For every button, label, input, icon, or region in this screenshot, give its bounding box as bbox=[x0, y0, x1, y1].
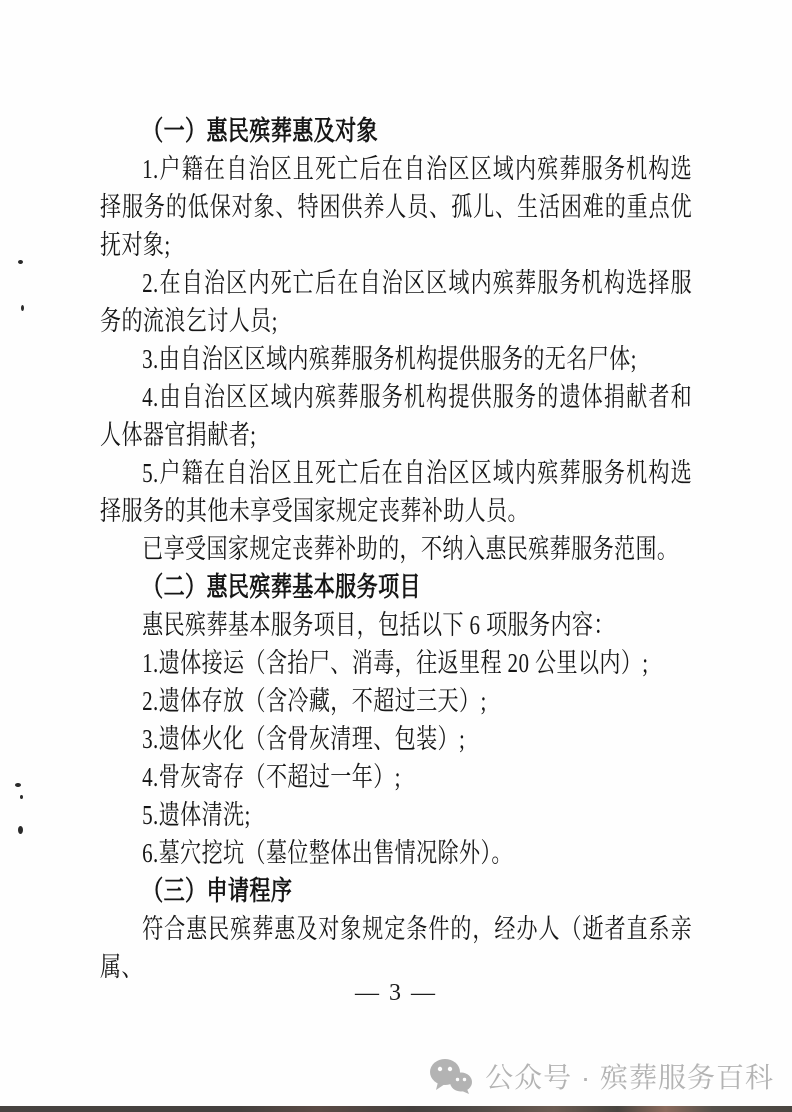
section-heading: （一）惠民殡葬惠及对象 bbox=[100, 112, 692, 150]
scan-speck bbox=[15, 783, 21, 787]
document-body: （一）惠民殡葬惠及对象 1.户籍在自治区且死亡后在自治区区域内殡葬服务机构选择服… bbox=[100, 112, 692, 986]
scan-speck bbox=[20, 795, 23, 799]
paragraph: 5.遗体清洗; bbox=[100, 796, 692, 834]
paragraph: 2.在自治区内死亡后在自治区区域内殡葬服务机构选择服务的流浪乞讨人员; bbox=[100, 264, 692, 340]
paragraph: 4.骨灰寄存（不超过一年）; bbox=[100, 758, 692, 796]
paragraph: 6.墓穴挖坑（墓位整体出售情况除外）。 bbox=[100, 834, 692, 872]
section-heading: （二）惠民殡葬基本服务项目 bbox=[100, 568, 692, 606]
scan-speck bbox=[21, 305, 24, 311]
wechat-icon bbox=[429, 1058, 473, 1094]
scan-speck bbox=[18, 260, 23, 264]
paragraph: 1.遗体接运（含抬尸、消毒，往返里程 20 公里以内）; bbox=[100, 644, 692, 682]
paragraph: 符合惠民殡葬惠及对象规定条件的，经办人（逝者直系亲属、 bbox=[100, 910, 692, 986]
wechat-watermark: 公众号 · 殡葬服务百科 bbox=[429, 1056, 774, 1096]
paragraph: 已享受国家规定丧葬补助的，不纳入惠民殡葬服务范围。 bbox=[100, 530, 692, 568]
document-page: （一）惠民殡葬惠及对象 1.户籍在自治区且死亡后在自治区区域内殡葬服务机构选择服… bbox=[0, 0, 792, 1112]
paragraph: 惠民殡葬基本服务项目，包括以下 6 项服务内容： bbox=[100, 606, 692, 644]
paragraph: 4.由自治区区域内殡葬服务机构提供服务的遗体捐献者和人体器官捐献者; bbox=[100, 378, 692, 454]
watermark-label: 公众号 · 殡葬服务百科 bbox=[485, 1056, 774, 1096]
paragraph: 2.遗体存放（含冷藏，不超过三天）; bbox=[100, 682, 692, 720]
page-number: — 3 — bbox=[100, 980, 692, 1007]
paragraph: 3.遗体火化（含骨灰清理、包装）; bbox=[100, 720, 692, 758]
paragraph: 3.由自治区区域内殡葬服务机构提供服务的无名尸体; bbox=[100, 340, 692, 378]
section-heading: （三）申请程序 bbox=[100, 872, 692, 910]
paragraph: 1.户籍在自治区且死亡后在自治区区域内殡葬服务机构选择服务的低保对象、特困供养人… bbox=[100, 150, 692, 264]
scan-speck bbox=[18, 826, 23, 834]
paragraph: 5.户籍在自治区且死亡后在自治区区域内殡葬服务机构选择服务的其他未享受国家规定丧… bbox=[100, 454, 692, 530]
page-edge-strip bbox=[0, 1106, 792, 1112]
